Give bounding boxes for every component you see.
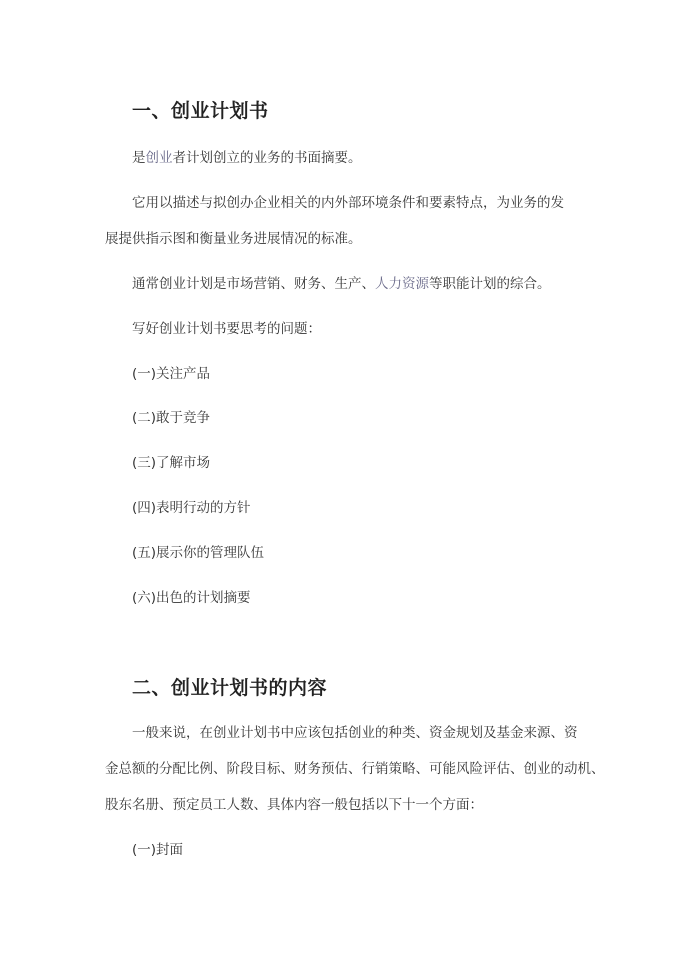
section-2-paragraph-1-line-2: 金总额的分配比例、阶段目标、财务预估、行销策略、可能风险评估、创业的动机、 <box>105 757 605 777</box>
list-item: (三)了解市场 <box>132 451 210 471</box>
section-1-paragraph-1: 是创业者计划创立的业务的书面摘要。 <box>132 146 362 166</box>
link-renliziyuan[interactable]: 人力资源 <box>375 276 429 292</box>
text: 者计划创立的业务的书面摘要。 <box>173 150 362 166</box>
list-item: (四)表明行动的方针 <box>132 496 251 516</box>
section-1-paragraph-2-line-1: 它用以描述与拟创办企业相关的内外部环境条件和要素特点，为业务的发 <box>132 191 564 211</box>
link-chuangye[interactable]: 创业 <box>146 150 173 166</box>
list-item: (五)展示你的管理队伍 <box>132 541 264 561</box>
section-1-heading: 一、创业计划书 <box>132 96 269 123</box>
section-1-paragraph-4: 写好创业计划书要思考的问题： <box>132 317 321 337</box>
list-item: (二)敢于竞争 <box>132 406 210 426</box>
section-2-heading: 二、创业计划书的内容 <box>132 673 327 700</box>
section-1-paragraph-3: 通常创业计划是市场营销、财务、生产、人力资源等职能计划的综合。 <box>132 272 551 292</box>
list-item: (一)封面 <box>132 838 183 858</box>
text: 通常创业计划是市场营销、财务、生产、 <box>132 276 375 292</box>
document-page: 一、创业计划书 是创业者计划创立的业务的书面摘要。 它用以描述与拟创办企业相关的… <box>0 0 690 976</box>
list-item: (一)关注产品 <box>132 362 210 382</box>
text: 是 <box>132 150 146 166</box>
text: 等职能计划的综合。 <box>429 276 551 292</box>
section-2-paragraph-1-line-1: 一般来说，在创业计划书中应该包括创业的种类、资金规划及基金来源、资 <box>132 721 578 741</box>
section-1-paragraph-2-line-2: 展提供指示图和衡量业务进展情况的标准。 <box>105 227 362 247</box>
list-item: (六)出色的计划摘要 <box>132 586 251 606</box>
section-2-paragraph-1-line-3: 股东名册、预定员工人数、具体内容一般包括以下十一个方面： <box>105 793 483 813</box>
